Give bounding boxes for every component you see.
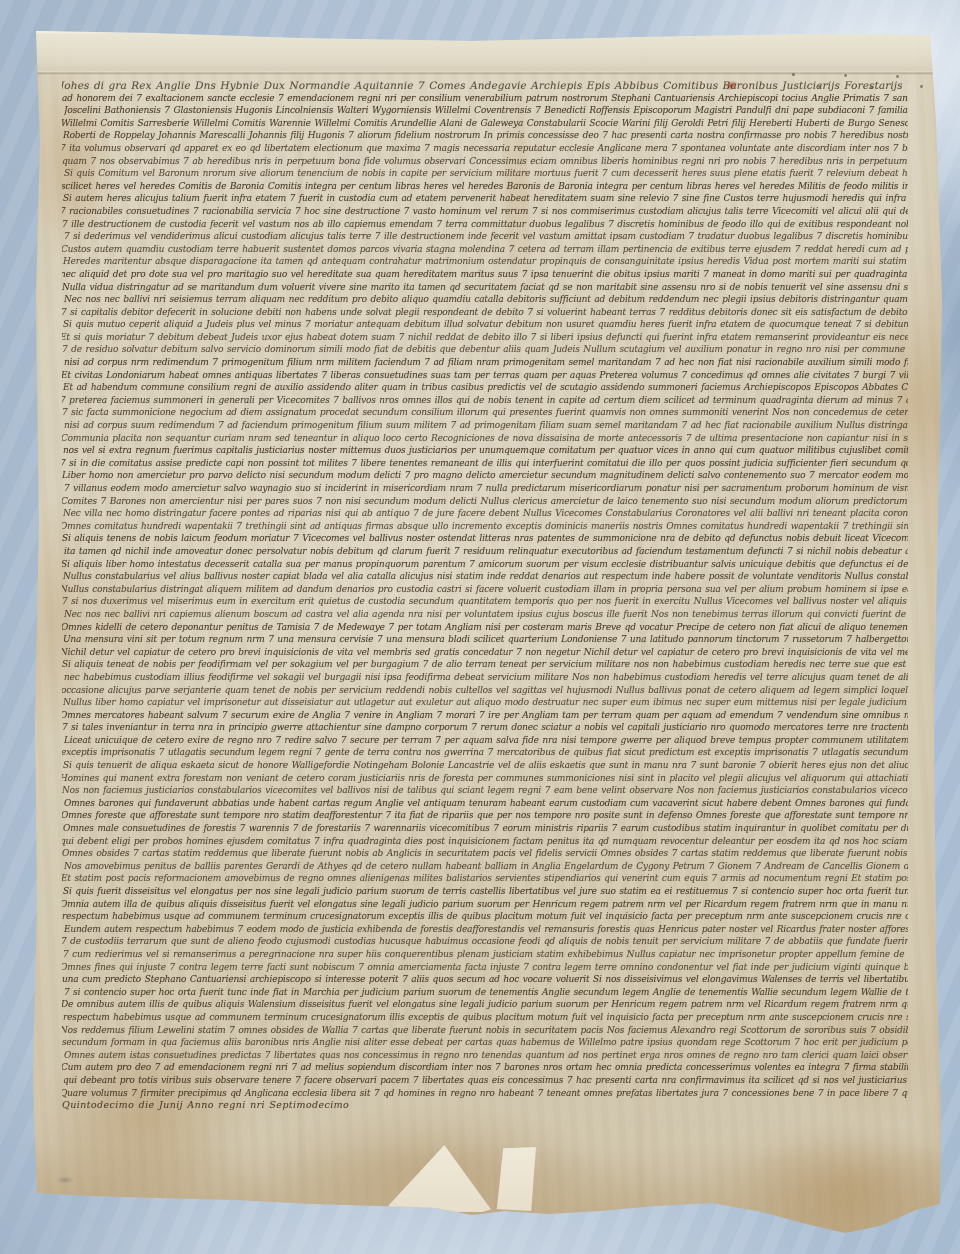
manuscript-line: quam 7 nos observabimus 7 ab heredibus n…: [62, 156, 908, 169]
manuscript-line: Nullus constabularius distringat aliquem…: [62, 584, 908, 597]
manuscript-line: Et ad habendum commune consilium regni d…: [63, 382, 908, 395]
manuscript-line: Si aliquis teneat de nobis per feodifirm…: [62, 659, 908, 672]
manuscript-line: respectum habebimus usque ad communem te…: [62, 911, 908, 924]
manuscript-line: Custos autem quamdiu custodiam terre hab…: [62, 244, 908, 257]
manuscript-line: Comites 7 Barones non amercientur nisi p…: [62, 496, 908, 509]
manuscript-line: Nec nos nec ballivi nri seisiemus terram…: [64, 294, 908, 307]
manuscript-line: qui debeant pro totis viribus suis obser…: [63, 1075, 908, 1088]
manuscript-line: 7 si capitalis debitor defecerit in solu…: [62, 307, 908, 320]
sewing-holes: [792, 73, 795, 76]
manuscript-line: Nullus liber homo capiatur vel imprisone…: [63, 697, 908, 710]
manuscript-line: Nullus constabularius vel alius ballivus…: [63, 571, 908, 584]
manuscript-line: ita tamen qd nichil inde amoveatur donec…: [64, 546, 908, 559]
manuscript-line: respectum habebimus usque ad communem te…: [63, 1012, 908, 1025]
manuscript-line: nec habebimus custodiam illius feodifirm…: [64, 672, 908, 685]
manuscript-line: 7 de residuo solvatur debitum salvo serv…: [62, 344, 908, 357]
manuscript-line: Nichil detur vel capiatur de cetero pro …: [62, 647, 908, 660]
manuscript-line: 7 ille destructionem de custodia fecerit…: [62, 219, 908, 232]
manuscript-line: nisi ad corpus suum redimendum 7 ad faci…: [64, 420, 908, 433]
manuscript-line: 7 si contencio super hoc orta fuerit tun…: [64, 987, 908, 1000]
manuscript-line: 7 sic facta summonicione negocium ad die…: [62, 407, 908, 420]
manuscript-line: 7 cum redierimus vel si remanserimus a p…: [63, 949, 908, 962]
manuscript-line: Eundem autem respectum habebimus 7 eodem…: [64, 924, 908, 937]
manuscript-line: Communia placita non sequantur curiam nr…: [62, 433, 908, 446]
manuscript-line: Nos non faciemus justiciarios constabula…: [62, 785, 908, 798]
manuscript-line: Si aliquis liber homo intestatus decesse…: [62, 559, 908, 572]
manuscript-line: 7 de custodiis terrarum que sunt de alie…: [62, 936, 908, 949]
parchment-sheet: Johes di gra Rex Anglie Dns Hybnie Dux N…: [0, 0, 960, 1254]
manuscript-line: Si aliquis tenens de nobis laicum feodum…: [62, 533, 908, 546]
manuscript-line: secundum formam in qua faciemus aliis ba…: [62, 1037, 908, 1050]
manuscript-line: 7 villanus eodem modo amercietur salvo w…: [64, 483, 908, 496]
manuscript-line: Joscelini Bathoniensis 7 Glastoniensis H…: [64, 105, 908, 118]
manuscript-line: Omnes comitatus hundredi wapentakii 7 tr…: [62, 521, 908, 534]
manuscript-line: Omnes obsides 7 cartas statim reddemus q…: [62, 848, 908, 861]
manuscript-line: 7 si tales inveniantur in terra nra in p…: [62, 722, 908, 735]
manuscript-line: Omnes kidelli de cetero deponantur penit…: [62, 622, 908, 635]
manuscript-line: Omnes foreste que afforestate sunt tempo…: [62, 810, 908, 823]
manuscript-line: nisi ad corpus nrm redimendum 7 primogen…: [64, 357, 908, 370]
manuscript-line: Roberti de Roppelay Johannis Marescalli …: [63, 130, 908, 143]
manuscript-line: exceptis imprisonatis 7 utlagatis secund…: [62, 747, 908, 760]
manuscript-line: Liber homo non amercietur pro parvo deli…: [62, 470, 908, 483]
manuscript-line: Si quis fuerit disseisitus vel elongatus…: [63, 886, 908, 899]
manuscript-line: Omnes autem istas consuetudines predicta…: [64, 1050, 908, 1063]
manuscript-line: Omnes mercatores habeant salvum 7 securu…: [62, 710, 908, 723]
manuscript-line: Quintodecimo die Junij Anno regni nri Se…: [62, 1100, 908, 1113]
manuscript-line: 7 ita volumus observari qd apparet ex eo…: [62, 143, 908, 156]
manuscript-line: Omnes male consuetudines de forestis 7 w…: [63, 823, 908, 836]
manuscript-line: Cum autem pro deo 7 ad emendacionem regn…: [62, 1062, 908, 1075]
manuscript-line: Heredes maritentur absque disparagacione…: [63, 256, 908, 269]
manuscript-line: una cum predicto Stephano Cantuariensi a…: [62, 974, 908, 987]
manuscript-line: De omnibus autem illis de quibus aliquis…: [62, 999, 908, 1012]
manuscript-line: 7 racionabiles consuetudines 7 racionabi…: [62, 206, 908, 219]
manuscript-line: Si quis mutuo ceperit aliquid a Judeis p…: [63, 319, 908, 332]
manuscript-line: scilicet heres vel heredes Comitis de Ba…: [62, 181, 908, 194]
manuscript-line: nos vel si extra regnum fuerimus capital…: [63, 445, 908, 458]
manuscript-line: Homines qui manent extra forestam non ve…: [62, 773, 908, 786]
manuscript-line: Et statim post pacis reformacionem amove…: [62, 873, 908, 886]
manuscript-line: Nulla vidua distringatur ad se maritandu…: [62, 282, 908, 295]
manuscript-line: Et civitas Londoniarum habeat omnes anti…: [62, 370, 908, 383]
manuscript-line: Una mensura vini sit per totum regnum nr…: [63, 634, 908, 647]
manuscript-line: Nos amovebimus penitus de balliis parent…: [64, 861, 908, 874]
manuscript-line: Liceat unicuique de cetero exire de regn…: [64, 735, 908, 748]
manuscript-line: 7 si dederimus vel vendiderimus alicui c…: [64, 231, 908, 244]
manuscript-line: Omnes barones qui fundaverunt abbatias u…: [64, 798, 908, 811]
manuscript-line: Willelmi Comitis Sarresberie Willelmi Co…: [62, 118, 908, 131]
manuscript-line: Omnes fines qui injuste 7 contra legem t…: [62, 962, 908, 975]
manuscript-line: 7 preterea faciemus summoneri in general…: [62, 395, 908, 408]
pencil-smudge: [56, 1176, 74, 1184]
manuscript-line: Nos reddemus filium Lewelini statim 7 om…: [62, 1025, 908, 1038]
manuscript-line: Omnia autem illa de quibus aliquis disse…: [62, 899, 908, 912]
photograph-of-magna-carta-parchment: Johes di gra Rex Anglie Dns Hybnie Dux N…: [0, 0, 960, 1254]
manuscript-line: Si quis tenuerit de aliqua eskaeta sicut…: [63, 760, 908, 773]
manuscript-line: qui debent eligi per probos homines ejus…: [62, 836, 908, 849]
manuscript-line: 7 si in die comitatus assise predicte ca…: [62, 458, 908, 471]
manuscript-text: Johes di gra Rex Anglie Dns Hybnie Dux N…: [62, 80, 908, 1116]
manuscript-line: Si autem heres alicujus talium fuerit in…: [63, 193, 908, 206]
manuscript-line: nec aliquid det pro dote sua vel pro mar…: [62, 269, 908, 282]
manuscript-line: occasione alicujus parve serjanterie qua…: [62, 685, 908, 698]
manuscript-line: Johes di gra Rex Anglie Dns Hybnie Dux N…: [62, 80, 908, 93]
manuscript-line: ad honorem dei 7 exaltacionem sancte ecc…: [62, 93, 908, 106]
manuscript-line: Nec villa nec homo distringatur facere p…: [63, 508, 908, 521]
fold-crease-line: [0, 71, 960, 75]
manuscript-line: Et si quis moriatur 7 debitum debeat Jud…: [62, 332, 908, 345]
manuscript-line: Si quis Comitum vel Baronum nrorum sive …: [64, 168, 908, 181]
manuscript-line: Nec nos nec ballivi nri capiemus alienum…: [64, 609, 908, 622]
manuscript-line: 7 si nos duxerimus vel miserimus eum in …: [62, 596, 908, 609]
manuscript-line: Quare volumus 7 firmiter precipimus qd A…: [62, 1088, 908, 1101]
